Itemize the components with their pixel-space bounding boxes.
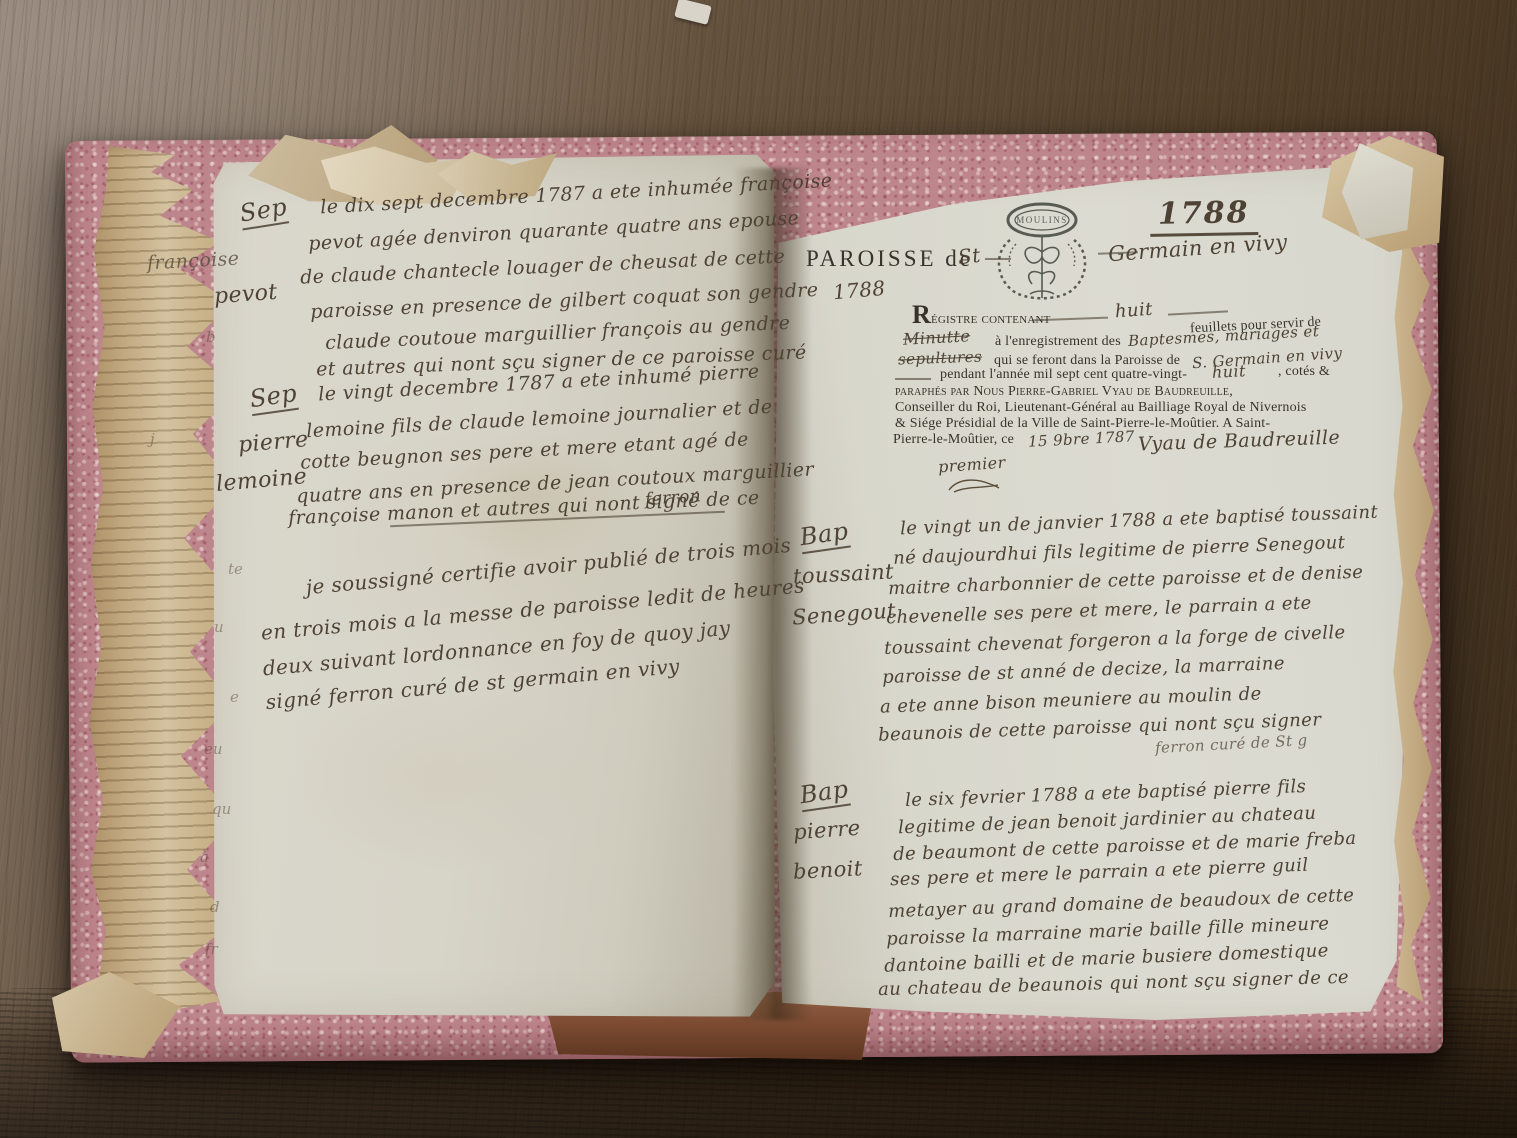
register-paraphe-line: paraphés par Nous Pierre-Gabriel Vyau de… bbox=[895, 384, 1233, 400]
edge-stub-letter: u bbox=[214, 618, 224, 636]
margin-name-pevot: pevot bbox=[213, 280, 278, 309]
register-moutier-line: Pierre-le-Moûtier, ce bbox=[893, 432, 1014, 448]
edge-stub-letter: fr bbox=[205, 940, 218, 958]
photo-old-parish-register: Sep françoise pevot le dix sept decembre… bbox=[0, 0, 1517, 1138]
edge-stub-letter: à bbox=[200, 848, 209, 866]
register-sepultures-script: sepultures bbox=[898, 348, 983, 369]
svg-text:MOULINS: MOULINS bbox=[1016, 215, 1068, 225]
register-annee-print: pendant l'année mil sept cent quatre-vin… bbox=[940, 367, 1187, 383]
register-title-line: Régistre contenant bbox=[912, 300, 1051, 330]
paroisse-year-script: 1788 bbox=[832, 276, 886, 304]
edge-stub-letter: j bbox=[150, 430, 155, 448]
paraph-flourish-icon bbox=[946, 476, 1002, 496]
margin-name-benoit: benoit bbox=[792, 856, 863, 884]
edge-stub-letter: qu bbox=[212, 800, 231, 818]
edge-stub-letter: eu bbox=[204, 740, 223, 758]
register-cotes-print: , cotés & bbox=[1278, 364, 1330, 380]
edge-stub-letter: te bbox=[228, 560, 243, 578]
paroisse-saint-script: St bbox=[957, 243, 982, 269]
margin-note-sepulture-2: Sep bbox=[248, 379, 299, 416]
register-conseiller-line: Conseiller du Roi, Lieutenant-Général au… bbox=[895, 400, 1307, 416]
fill-rule bbox=[985, 258, 1011, 260]
fill-rule bbox=[895, 378, 931, 380]
register-huit-script: huit bbox=[1114, 299, 1153, 323]
edge-stub-letter: b bbox=[206, 328, 216, 346]
paper-scrap bbox=[674, 0, 712, 25]
register-minutte-script: Minutte bbox=[903, 326, 971, 348]
margin-name-pierre-2: pierre bbox=[792, 816, 861, 845]
paroisse-printed-label: PAROISSE de bbox=[806, 246, 973, 272]
curate-signature-left: ferron bbox=[644, 486, 701, 510]
edge-stub-letter: e bbox=[230, 688, 239, 706]
edge-stub-letter: d bbox=[210, 898, 220, 916]
register-annee-script: huit bbox=[1212, 361, 1247, 382]
year-heading-1788: 1788 bbox=[1150, 195, 1258, 237]
register-enregistrement-print: à l'enregistrement des bbox=[995, 334, 1121, 350]
